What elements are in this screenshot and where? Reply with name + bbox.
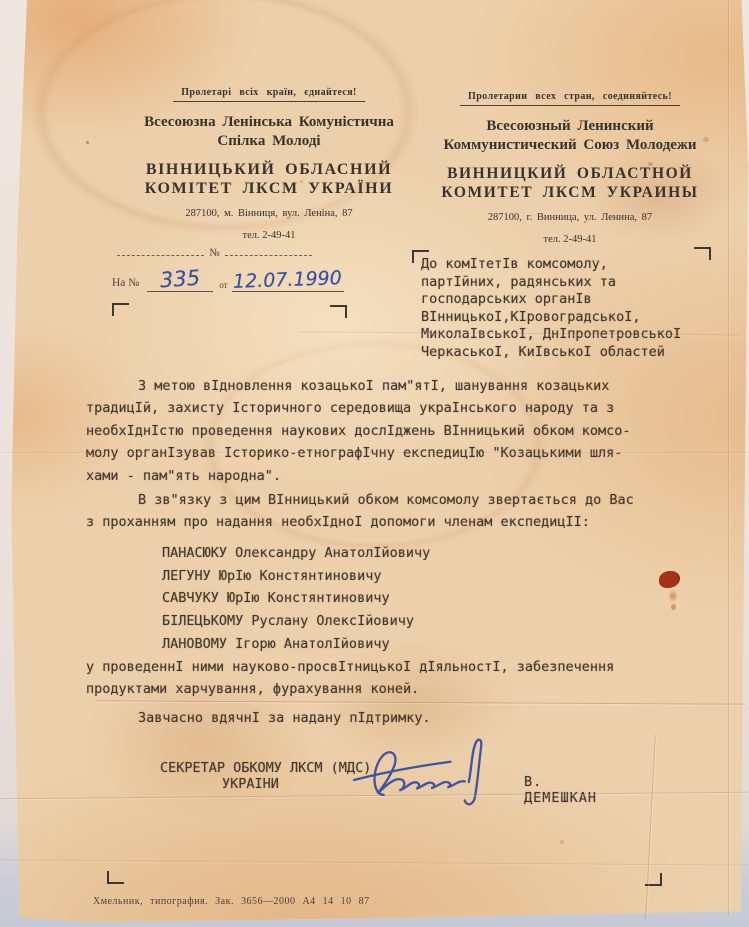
red-stain-tail [669, 588, 677, 604]
number-symbol: № [209, 247, 220, 259]
org-name-line1: Всесоюзна Ленінська Комуністична [98, 113, 440, 132]
red-stain-dot [671, 604, 676, 610]
committee-line2-ru: КОМИТЕТ ЛКСМ УКРАИНЫ [428, 183, 712, 202]
slogan-ukrainian: Пролетарі всіх країн, єднайтеся! [173, 87, 365, 102]
body-line: молу органІзував Історико-етнографІчну е… [86, 442, 726, 464]
corner-mark-stamp-right [330, 305, 347, 318]
address-left: 287100, м. Вінниця, вул. Леніна, 87 [98, 208, 440, 219]
reference-row: На № 335 от 12.07.1990 [112, 268, 344, 292]
org-name-line2: Спілка Молоді [98, 132, 440, 151]
addressee-line: ЧеркаськоІ, КиІвськоІ областей [421, 344, 723, 362]
addressee-line: господарських органІв [421, 291, 723, 309]
addressee-block: До комІтетІв комсомолу, партІйних, радян… [421, 256, 723, 362]
na-no-label: На № [112, 277, 139, 292]
scanned-letter-page: Пролетарі всіх країн, єднайтеся! Всесоюз… [0, 0, 749, 927]
corner-mark-stamp-left [112, 303, 129, 316]
letter-body: З метою вІдновлення козацькоІ пам"ятІ, ш… [86, 375, 726, 730]
ot-label: от [213, 280, 231, 292]
reference-date-field: 12.07.1990 [232, 269, 344, 292]
body-line: з проханням про надання необхІдноІ допом… [86, 511, 726, 533]
addressee-line: МиколаІвськоІ, ДнІпропетровськоІ [421, 326, 723, 344]
paper-speck [560, 840, 564, 844]
paper-speck [648, 162, 653, 166]
body-line: необхІднІстю проведення наукових дослІдж… [86, 420, 726, 442]
org-name-line2-ru: Коммунистический Союз Молодежи [428, 136, 712, 155]
paper-speck [205, 520, 208, 523]
body-line: продуктами харчування, фурахування коней… [86, 678, 726, 700]
paper-speck [300, 180, 303, 183]
paper-crease [728, 0, 729, 915]
phone-left: тел. 2-49-41 [98, 230, 440, 241]
signatory-name: В. ДЕМЕШКАН [524, 774, 600, 806]
body-line: хами - пам"ять народна". [86, 465, 726, 487]
member-name: ПАНАСЮКУ Олександру АнатолІйовичу [162, 542, 726, 565]
letterhead-left: Пролетарі всіх країн, єднайтеся! Всесоюз… [98, 82, 440, 241]
slogan-russian: Пролетарии всех стран, соединяйтесь! [460, 91, 680, 106]
member-name: БІЛЕЦЬКОМУ Руслану ОлексІйовичу [162, 610, 726, 633]
body-line: В зв"язку з цим ВІнницький обком комсомо… [86, 489, 726, 511]
committee-line1-ru: ВИННИЦКИЙ ОБЛАСТНОЙ [428, 164, 712, 183]
letterhead-right: Пролетарии всех стран, соединяйтесь! Все… [428, 86, 712, 245]
member-name: ЛАНОВОМУ Ігорю АнатолІйовичу [162, 633, 726, 656]
org-name-line1-ru: Всесоюзный Ленинский [428, 117, 712, 136]
member-name: САВЧУКУ ЮрІю Констянтиновичу [162, 587, 726, 610]
paper-speck [703, 137, 709, 142]
member-name: ЛЕГУНУ ЮрІю Констянтиновичу [162, 565, 726, 588]
rule-dash-right [225, 255, 312, 256]
addressee-line: До комІтетІв комсомолу, [421, 256, 723, 274]
handwritten-date: 12.07.1990 [233, 267, 342, 293]
reference-number-field: 335 [147, 268, 213, 292]
body-line: З метою вІдновлення козацькоІ пам"ятІ, ш… [86, 375, 726, 397]
body-line: традицІй, захисту Історичного середовища… [86, 397, 726, 419]
addressee-line: партІйних, радянських та [421, 274, 723, 292]
printer-imprint: Хмельник, типография. Зак. 3656—2000 А4 … [93, 896, 370, 907]
address-right: 287100, г. Винница, ул. Ленина, 87 [428, 212, 712, 223]
committee-line1: ВІННИЦЬКИЙ ОБЛАСНИЙ [98, 160, 440, 179]
body-line: у проведеннІ ними науково-просвІтницькоІ… [86, 656, 726, 678]
addressee-line: ВІнницькоІ,КІровоградськоІ, [421, 309, 723, 327]
committee-line2: КОМІТЕТ ЛКСМ УКРАЇНИ [98, 179, 440, 198]
outgoing-number-rule: № [112, 247, 317, 259]
paper-speck [86, 141, 89, 144]
corner-mark-bottom-left [107, 871, 124, 884]
expedition-members-list: ПАНАСЮКУ Олександру АнатолІйовичу ЛЕГУНУ… [162, 542, 726, 656]
closing-line: Завчасно вдячнІ за надану пІдтримку. [138, 707, 726, 729]
paper-crease [0, 452, 749, 453]
paper-speck [120, 690, 124, 693]
phone-right: тел. 2-49-41 [428, 234, 712, 245]
rule-dash-left [117, 255, 204, 256]
handwritten-number: 335 [160, 267, 202, 292]
